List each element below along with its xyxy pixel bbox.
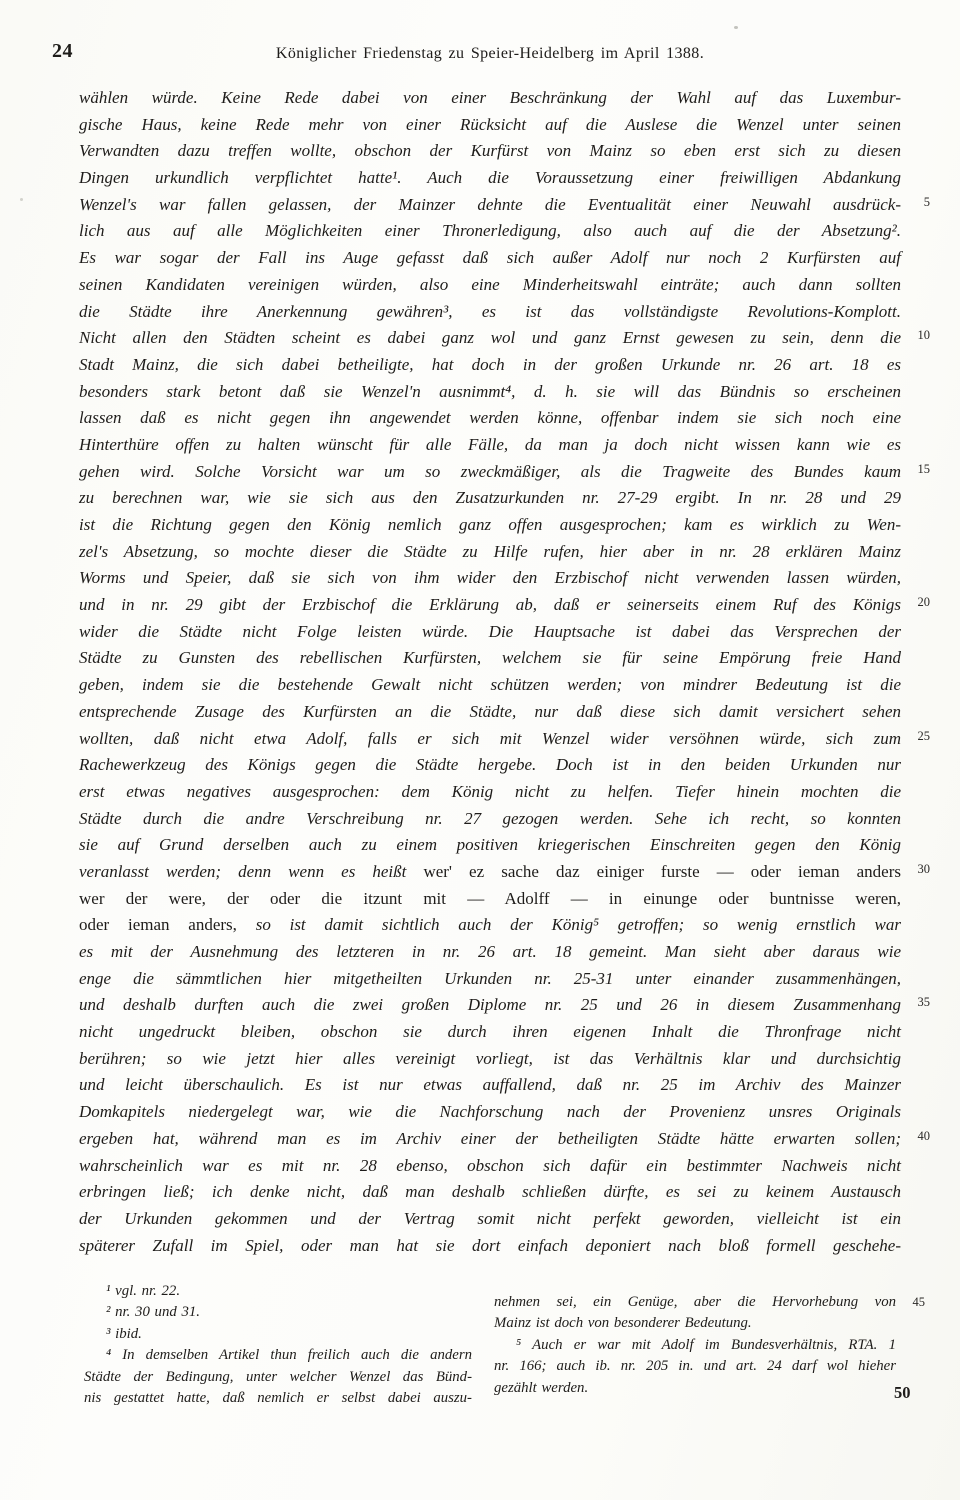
- text-line: und leicht überschaulich. Es ist nur etw…: [79, 1072, 901, 1099]
- line-number: 30: [918, 862, 931, 877]
- text-segment: wählen würde. Keine Rede dabei von einer…: [79, 88, 901, 107]
- running-title: Königlicher Friedenstag zu Speier-Heidel…: [79, 45, 901, 63]
- text-line: Hinterthüre offen zu halten wünscht für …: [79, 432, 901, 459]
- text-line: erst etwas negatives ausgesprochen: dem …: [79, 779, 901, 806]
- text-segment: nicht ungedruckt bleiben, obschon sie du…: [79, 1022, 901, 1041]
- text-line: Städte durch die andre Verschreibung nr.…: [79, 806, 901, 833]
- text-line: gische Haus, keine Rede mehr von einer R…: [79, 112, 901, 139]
- text-line: Dingen urkundlich verpflichtet hatte¹. A…: [79, 165, 901, 192]
- text-segment: und deshalb durften auch die zwei großen…: [79, 995, 901, 1014]
- text-segment: es mit der Ausnehmung des letzteren in n…: [79, 942, 901, 961]
- text-line: ¹ vgl. nr. 22.: [84, 1281, 472, 1302]
- text-segment: Mainz ist doch von besonderer Bedeutung.: [494, 1315, 752, 1331]
- text-line: erbringen ließ; ich denke nicht, daß man…: [79, 1179, 901, 1206]
- text-segment: und leicht überschaulich. Es ist nur etw…: [79, 1075, 901, 1094]
- text-segment: die Städte ihre Anerkennung gewähren³, e…: [79, 302, 901, 321]
- text-line: es mit der Ausnehmung des letzteren in n…: [79, 939, 901, 966]
- text-line: Rachewerkzeug des Königs gegen die Städt…: [79, 752, 901, 779]
- line-number: 25: [918, 729, 931, 744]
- text-line: ² nr. 30 und 31.: [84, 1302, 472, 1323]
- text-segment: gezählt werden.: [494, 1380, 588, 1396]
- text-segment: Städte zu Gunsten des rebellischen Kurfü…: [79, 648, 901, 667]
- text-line: besonders stark betont daß sie Wenzel'n …: [79, 379, 901, 406]
- text-segment: Dingen urkundlich verpflichtet hatte¹. A…: [79, 168, 901, 187]
- text-line: entsprechende Zusage des Kurfürsten an d…: [79, 699, 901, 726]
- text-line: geben, indem sie die bestehende Gewalt n…: [79, 672, 901, 699]
- text-segment: der Urkunden gekommen und der Vertrag so…: [79, 1209, 901, 1228]
- text-line: ⁵ Auch er war mit Adolf im Bundesverhält…: [494, 1335, 896, 1356]
- text-segment: berühren; so wie jetzt hier alles verein…: [79, 1049, 901, 1068]
- line-number: 45: [913, 1295, 926, 1310]
- line-number: 10: [918, 328, 931, 343]
- text-segment: ³ ibid.: [106, 1326, 142, 1342]
- body-text: wählen würde. Keine Rede dabei von einer…: [79, 85, 901, 1259]
- text-line: veranlasst werden; denn wenn es heißt we…: [79, 859, 901, 886]
- text-line: wählen würde. Keine Rede dabei von einer…: [79, 85, 901, 112]
- text-line: lassen daß es nicht gegen ihn angewendet…: [79, 405, 901, 432]
- text-line: gezählt werden.: [494, 1378, 896, 1399]
- text-line: ergeben hat, während man es im Archiv ei…: [79, 1126, 901, 1153]
- text-segment: zel's Absetzung, so mochte dieser die St…: [79, 542, 901, 561]
- text-line: die Städte ihre Anerkennung gewähren³, e…: [79, 299, 901, 326]
- text-segment: wer der were, der oder die itzunt mit — …: [79, 889, 901, 908]
- text-segment: entsprechende Zusage des Kurfürsten an d…: [79, 702, 901, 721]
- text-line: der Urkunden gekommen und der Vertrag so…: [79, 1206, 901, 1233]
- text-line: Verwandten dazu treffen wollte, obschon …: [79, 138, 901, 165]
- line-number: 15: [918, 462, 931, 477]
- text-line: oder ieman anders, so ist damit sichtlic…: [79, 912, 901, 939]
- text-line: Worms und Speier, daß sie sich von ihm w…: [79, 565, 901, 592]
- text-segment: ⁴ In demselben Artikel thun freilich auc…: [106, 1347, 472, 1363]
- text-line: zu berechnen war, wie sie sich aus den Z…: [79, 485, 901, 512]
- text-segment: ² nr. 30 und 31.: [106, 1304, 200, 1320]
- text-line: und deshalb durften auch die zwei großen…: [79, 992, 901, 1019]
- text-segment: Städte der Bedingung, unter welcher Wenz…: [84, 1369, 472, 1385]
- text-segment: Nicht allen den Städten scheint es dabei…: [79, 328, 901, 347]
- line-number: 5: [924, 195, 930, 210]
- text-line: Nicht allen den Städten scheint es dabei…: [79, 325, 901, 352]
- text-line: nr. 166; auch ib. nr. 205 in. und art. 2…: [494, 1356, 896, 1377]
- text-segment: oder ieman anders,: [79, 915, 256, 934]
- sheet-number: 50: [894, 1383, 911, 1403]
- text-segment: Stadt Mainz, die sich dabei betheiligte,…: [79, 355, 901, 374]
- text-segment: und in nr. 29 gibt der Erzbischof die Er…: [79, 595, 901, 614]
- text-line: Domkapitels niedergelegt war, wie die Na…: [79, 1099, 901, 1126]
- text-line: enge die sämmtlichen hier mitgetheilten …: [79, 966, 901, 993]
- text-line: wahrscheinlich war es mit nr. 28 ebenso,…: [79, 1153, 901, 1180]
- scan-artifact: [734, 26, 738, 29]
- line-number: 40: [918, 1129, 931, 1144]
- text-segment: besonders stark betont daß sie Wenzel'n …: [79, 382, 901, 401]
- text-line: nehmen sei, ein Genüge, aber die Hervorh…: [494, 1292, 896, 1313]
- text-segment: sie auf Grund derselben auch zu einem po…: [79, 835, 901, 854]
- text-segment: nr. 166; auch ib. nr. 205 in. und art. 2…: [494, 1358, 896, 1374]
- text-segment: Es war sogar der Fall ins Auge gefasst d…: [79, 248, 901, 267]
- text-segment: gehen wird. Solche Vorsicht war um so zw…: [79, 462, 901, 481]
- text-segment: nehmen sei, ein Genüge, aber die Hervorh…: [494, 1294, 896, 1310]
- text-line: Stadt Mainz, die sich dabei betheiligte,…: [79, 352, 901, 379]
- text-segment: Städte durch die andre Verschreibung nr.…: [79, 809, 901, 828]
- text-segment: Hinterthüre offen zu halten wünscht für …: [79, 435, 901, 454]
- text-segment: seinen Kandidaten vereinigen würden, als…: [79, 275, 901, 294]
- text-line: Wenzel's war fallen gelassen, der Mainze…: [79, 192, 901, 219]
- line-number: 20: [918, 595, 931, 610]
- text-line: wider die Städte nicht Folge leisten wür…: [79, 619, 901, 646]
- text-line: und in nr. 29 gibt der Erzbischof die Er…: [79, 592, 901, 619]
- text-segment: lassen daß es nicht gegen ihn angewendet…: [79, 408, 901, 427]
- text-line: nicht ungedruckt bleiben, obschon sie du…: [79, 1019, 901, 1046]
- text-segment: zu berechnen war, wie sie sich aus den Z…: [79, 488, 901, 507]
- text-line: Es war sogar der Fall ins Auge gefasst d…: [79, 245, 901, 272]
- text-line: ist die Richtung gegen den König nemlich…: [79, 512, 901, 539]
- text-segment: Worms und Speier, daß sie sich von ihm w…: [79, 568, 901, 587]
- text-segment: geben, indem sie die bestehende Gewalt n…: [79, 675, 901, 694]
- text-line: gehen wird. Solche Vorsicht war um so zw…: [79, 459, 901, 486]
- text-segment: wider die Städte nicht Folge leisten wür…: [79, 622, 901, 641]
- text-segment: ist die Richtung gegen den König nemlich…: [79, 515, 901, 534]
- text-segment: ⁵ Auch er war mit Adolf im Bundesverhält…: [516, 1337, 896, 1353]
- line-number: 35: [918, 995, 931, 1010]
- text-segment: Domkapitels niedergelegt war, wie die Na…: [79, 1102, 901, 1121]
- text-line: nis gestattet hatte, daß nemlich er selb…: [84, 1388, 472, 1409]
- text-line: lich aus auf alle Möglichkeiten einer Th…: [79, 218, 901, 245]
- text-segment: so ist damit sichtlich auch der König⁵ g…: [256, 915, 901, 934]
- text-line: Städte zu Gunsten des rebellischen Kurfü…: [79, 645, 901, 672]
- text-line: seinen Kandidaten vereinigen würden, als…: [79, 272, 901, 299]
- text-line: Mainz ist doch von besonderer Bedeutung.: [494, 1313, 896, 1334]
- text-segment: Verwandten dazu treffen wollte, obschon …: [79, 141, 901, 160]
- text-segment: enge die sämmtlichen hier mitgetheilten …: [79, 969, 901, 988]
- text-segment: gische Haus, keine Rede mehr von einer R…: [79, 115, 901, 134]
- text-line: ⁴ In demselben Artikel thun freilich auc…: [84, 1345, 472, 1366]
- text-segment: nis gestattet hatte, daß nemlich er selb…: [84, 1390, 472, 1406]
- footnotes-right-column: nehmen sei, ein Genüge, aber die Hervorh…: [494, 1292, 896, 1399]
- page-number: 24: [52, 40, 73, 63]
- text-segment: wahrscheinlich war es mit nr. 28 ebenso,…: [79, 1156, 901, 1175]
- text-segment: wer' ez sache daz einiger furste — oder …: [423, 862, 901, 881]
- text-segment: erbringen ließ; ich denke nicht, daß man…: [79, 1182, 901, 1201]
- text-segment: Wenzel's war fallen gelassen, der Mainze…: [79, 195, 901, 214]
- text-segment: späterer Zufall im Spiel, oder man hat s…: [79, 1236, 901, 1255]
- text-segment: Rachewerkzeug des Königs gegen die Städt…: [79, 755, 901, 774]
- text-line: späterer Zufall im Spiel, oder man hat s…: [79, 1233, 901, 1260]
- text-line: sie auf Grund derselben auch zu einem po…: [79, 832, 901, 859]
- text-line: ³ ibid.: [84, 1324, 472, 1345]
- text-line: berühren; so wie jetzt hier alles verein…: [79, 1046, 901, 1073]
- scan-artifact: [20, 198, 23, 201]
- book-page: 24 Königlicher Friedenstag zu Speier-Hei…: [0, 0, 960, 1500]
- text-segment: lich aus auf alle Möglichkeiten einer Th…: [79, 221, 901, 240]
- text-segment: veranlasst werden; denn wenn es heißt: [79, 862, 423, 881]
- text-segment: ¹ vgl. nr. 22.: [106, 1283, 180, 1299]
- text-line: zel's Absetzung, so mochte dieser die St…: [79, 539, 901, 566]
- text-segment: erst etwas negatives ausgesprochen: dem …: [79, 782, 901, 801]
- text-line: Städte der Bedingung, unter welcher Wenz…: [84, 1367, 472, 1388]
- text-segment: ergeben hat, während man es im Archiv ei…: [79, 1129, 901, 1148]
- footnotes-left-column: ¹ vgl. nr. 22.² nr. 30 und 31.³ ibid.⁴ I…: [84, 1281, 472, 1409]
- text-segment: wollten, daß nicht etwa Adolf, falls er …: [79, 729, 901, 748]
- text-line: wollten, daß nicht etwa Adolf, falls er …: [79, 726, 901, 753]
- text-line: wer der were, der oder die itzunt mit — …: [79, 886, 901, 913]
